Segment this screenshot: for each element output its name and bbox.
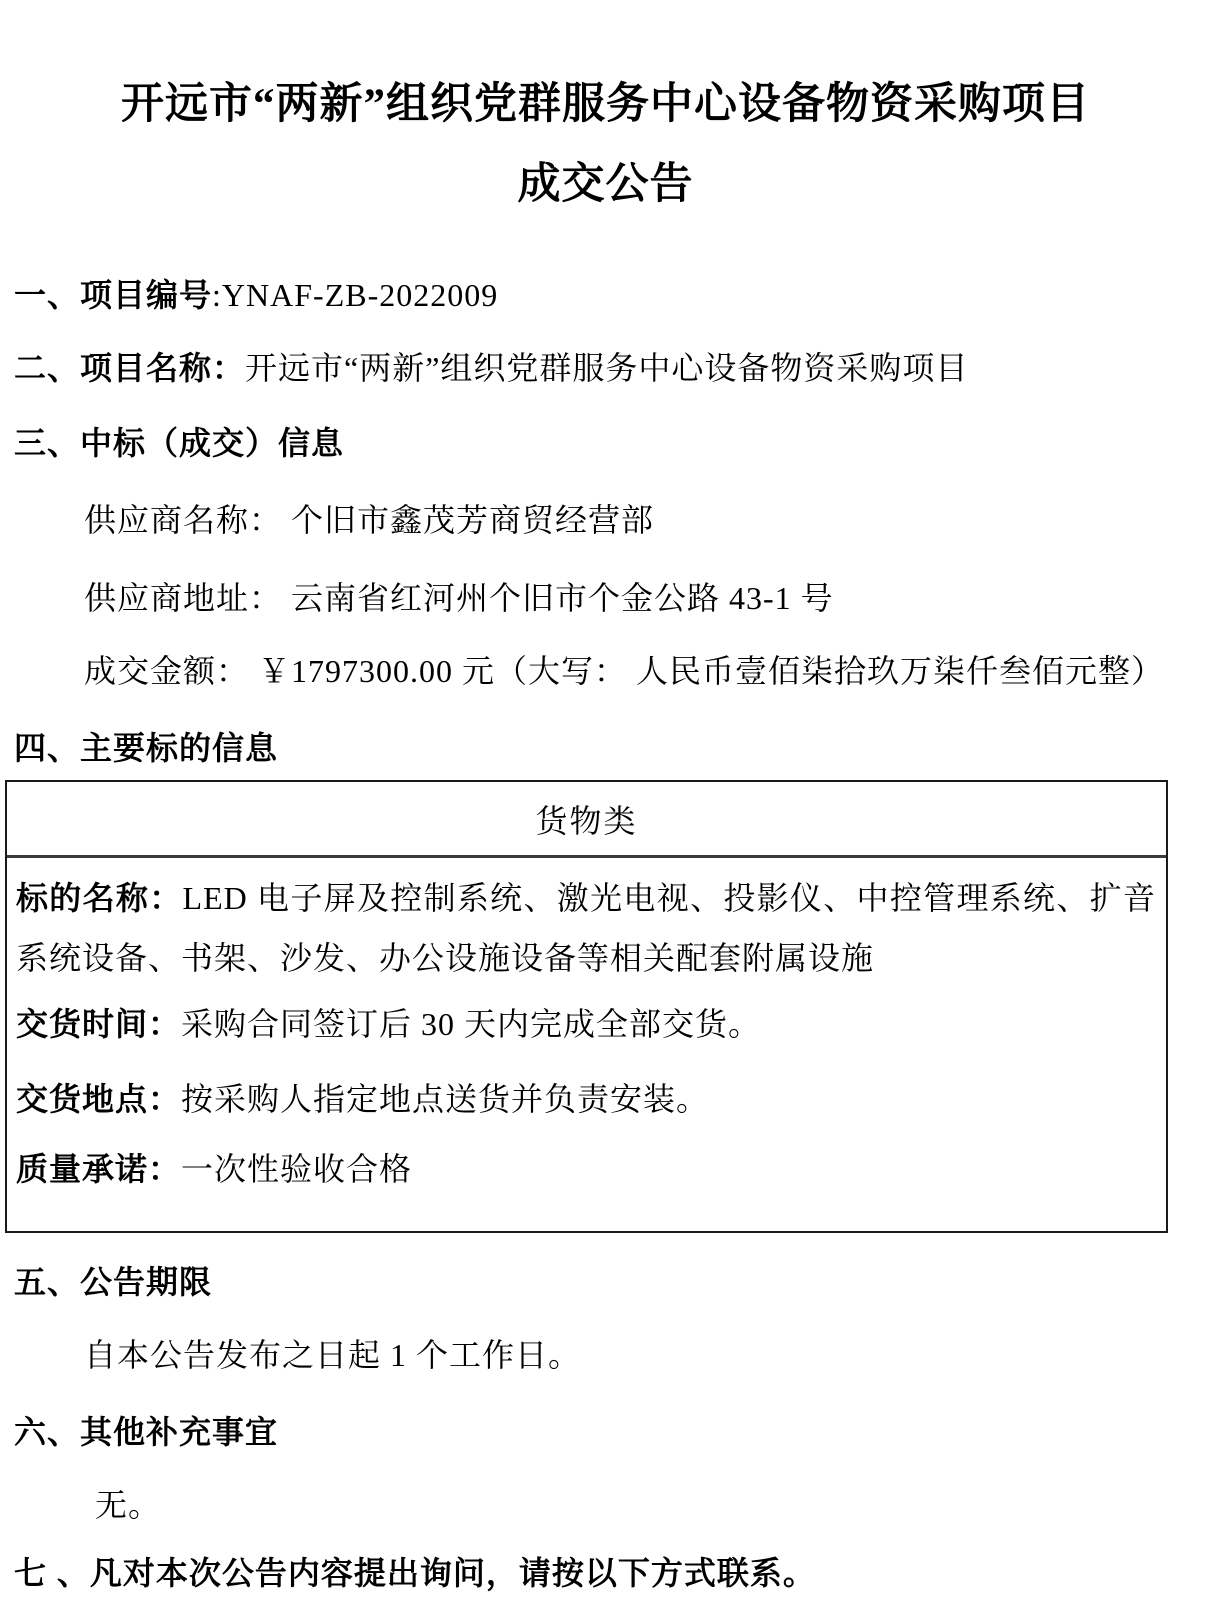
section-6-other-matters: 六、其他补充事宜 <box>14 1407 278 1453</box>
delivery-time-row: 交货时间：采购合同签订后 30 天内完成全部交货。 <box>16 994 1156 1054</box>
subject-name-row: 标的名称：LED 电子屏及控制系统、激光电视、投影仪、中控管理系统、扩音系统设备… <box>16 868 1156 988</box>
document-title-line-2: 成交公告 <box>0 150 1211 211</box>
announcement-document: 开远市“两新”组织党群服务中心设备物资采购项目 成交公告 一、项目编号:YNAF… <box>0 0 1211 1600</box>
section-4-subject-info: 四、主要标的信息 <box>14 723 278 769</box>
supplier-name-line: 供应商名称： 个旧市鑫茂芳商贸经营部 <box>84 495 654 541</box>
section-1-label: 一、项目编号 <box>14 277 212 313</box>
award-amount-line: 成交金额： ￥1797300.00 元（大写： 人民币壹佰柒拾玖万柒仟叁佰元整） <box>84 646 1164 692</box>
delivery-time-label: 交货时间： <box>16 1006 181 1042</box>
subject-table: 货物类 标的名称：LED 电子屏及控制系统、激光电视、投影仪、中控管理系统、扩音… <box>5 780 1168 1233</box>
document-title-line-1: 开远市“两新”组织党群服务中心设备物资采购项目 <box>0 70 1211 131</box>
delivery-time-text: 采购合同签订后 30 天内完成全部交货。 <box>181 1006 761 1042</box>
project-name-value: 开远市“两新”组织党群服务中心设备物资采购项目 <box>245 350 968 386</box>
subject-name-label: 标的名称： <box>16 880 183 916</box>
announcement-period-line: 自本公告发布之日起 1 个工作日。 <box>84 1330 581 1376</box>
delivery-place-row: 交货地点：按采购人指定地点送货并负责安装。 <box>16 1069 1156 1129</box>
section-3-award-info: 三、中标（成交）信息 <box>14 418 344 464</box>
delivery-place-label: 交货地点： <box>16 1081 181 1117</box>
section-5-announcement-period: 五、公告期限 <box>14 1257 212 1303</box>
section-1-project-number: 一、项目编号:YNAF-ZB-2022009 <box>14 270 498 316</box>
section-7-contact-intro: 七 、凡对本次公告内容提出询问，请按以下方式联系。 <box>14 1548 816 1594</box>
section-2-label: 二、项目名称： <box>14 350 245 386</box>
quality-commitment-row: 质量承诺：一次性验收合格 <box>16 1139 1156 1199</box>
project-number-value: :YNAF-ZB-2022009 <box>212 277 498 313</box>
delivery-place-text: 按采购人指定地点送货并负责安装。 <box>181 1081 709 1117</box>
quality-commitment-label: 质量承诺： <box>16 1151 181 1187</box>
other-matters-line: 无。 <box>95 1480 161 1526</box>
subject-name-text: LED 电子屏及控制系统、激光电视、投影仪、中控管理系统、扩音系统设备、书架、沙… <box>16 880 1156 976</box>
quality-commitment-text: 一次性验收合格 <box>181 1151 412 1187</box>
supplier-address-line: 供应商地址： 云南省红河州个旧市个金公路 43-1 号 <box>84 573 834 619</box>
table-header-goods-category: 货物类 <box>7 782 1166 858</box>
section-2-project-name: 二、项目名称：开远市“两新”组织党群服务中心设备物资采购项目 <box>14 343 968 389</box>
